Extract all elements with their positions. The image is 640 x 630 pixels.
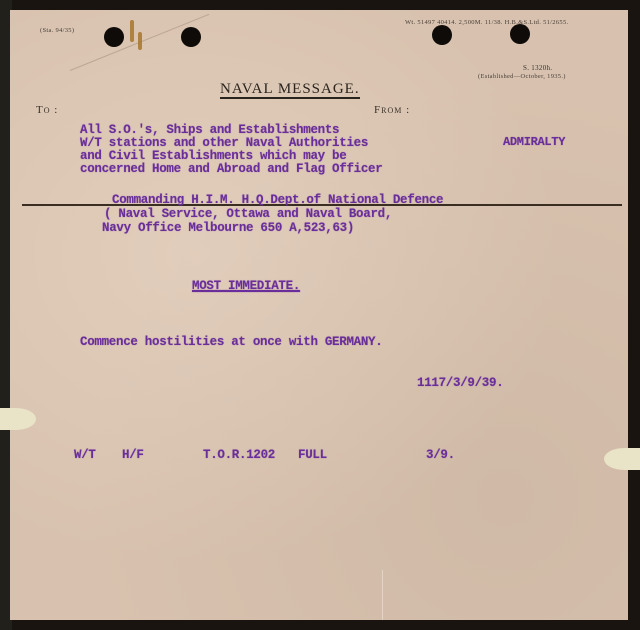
to-addressee-line: W/T stations and other Naval Authorities (80, 136, 368, 150)
time-of-origin: 1117/3/9/39. (417, 376, 503, 390)
punch-hole (181, 27, 201, 47)
form-number: S. 1320h. (523, 64, 552, 72)
form-code: (Sta. 94/35) (40, 27, 74, 34)
to-label: To : (36, 104, 58, 116)
to-addressee-line: All S.O.'s, Ships and Establishments (80, 123, 339, 137)
to-addressee-line: concerned Home and Abroad and Flag Offic… (80, 162, 382, 176)
to-addressee-line: and Civil Establishments which may be (80, 149, 346, 163)
punch-hole (104, 27, 124, 47)
cc-line: Navy Office Melbourne 650 A,523,63) (102, 221, 354, 235)
transmission-frequency: H/F (122, 448, 144, 462)
cc-line: Commanding H.I.M. H.Q.Dept.of National D… (112, 193, 443, 207)
receipt-date: 3/9. (426, 448, 455, 462)
rust-stain (138, 32, 142, 50)
punch-hole (510, 24, 530, 44)
receipt-status: FULL (298, 448, 327, 462)
transmission-method: W/T (74, 448, 96, 462)
from-label: From : (374, 104, 410, 116)
archive-tab (604, 448, 640, 470)
page-title: NAVAL MESSAGE. (220, 81, 360, 99)
rust-stain (130, 20, 134, 42)
from-sender: ADMIRALTY (503, 135, 565, 149)
paper-fold (382, 570, 383, 620)
established-date: (Established—October, 1935.) (478, 73, 566, 80)
printer-line: Wt. 51497 40414. 2,500M. 11/38. H.B.&S.L… (405, 19, 568, 26)
naval-message-form: (Sta. 94/35) Wt. 51497 40414. 2,500M. 11… (10, 10, 628, 620)
cc-line: ( Naval Service, Ottawa and Naval Board, (104, 207, 392, 221)
punch-hole (432, 25, 452, 45)
time-of-receipt: T.O.R.1202 (203, 448, 275, 462)
priority-marking: MOST IMMEDIATE. (192, 279, 300, 293)
message-body: Commence hostilities at once with GERMAN… (80, 335, 382, 349)
